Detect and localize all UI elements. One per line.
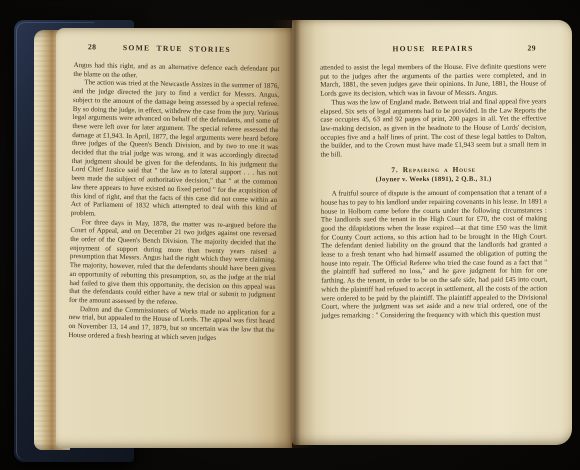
paragraph: attended to assist the legal members of … (320, 62, 546, 98)
left-page-content: 28 SOME TRUE STORIES Angus had this righ… (68, 42, 280, 343)
paragraph: For three days in May, 1878, the matter … (69, 218, 277, 309)
left-page: 28 SOME TRUE STORIES Angus had this righ… (56, 28, 292, 448)
left-page-number: 28 (88, 42, 97, 51)
left-page-body: Angus had this right, and as an alternat… (68, 61, 279, 343)
right-page-number: 29 (527, 43, 536, 52)
paragraph: The action was tried at the Newcastle As… (71, 78, 280, 221)
paragraph: Dalton and the Commissioners of Works ma… (68, 305, 275, 344)
right-page-body: attended to assist the legal members of … (320, 62, 547, 320)
section-citation: (Joyner v. Weeks (1891), 2 Q.B., 31.) (321, 176, 547, 186)
paragraph: A fruitful source of dispute is the amou… (321, 189, 548, 321)
paragraph: Thus was the law of England made. Betwee… (320, 97, 546, 159)
right-running-head: HOUSE REPAIRS (320, 43, 546, 53)
right-page: HOUSE REPAIRS 29 attended to assist the … (292, 20, 572, 445)
left-running-head: SOME TRUE STORIES (74, 42, 280, 55)
right-page-content: HOUSE REPAIRS 29 attended to assist the … (320, 43, 547, 320)
left-page-header: 28 SOME TRUE STORIES (74, 42, 280, 58)
book-photo: 28 SOME TRUE STORIES Angus had this righ… (0, 0, 580, 470)
section-heading: 7. Repairing a House (321, 165, 547, 175)
right-page-header: HOUSE REPAIRS 29 (320, 43, 546, 56)
